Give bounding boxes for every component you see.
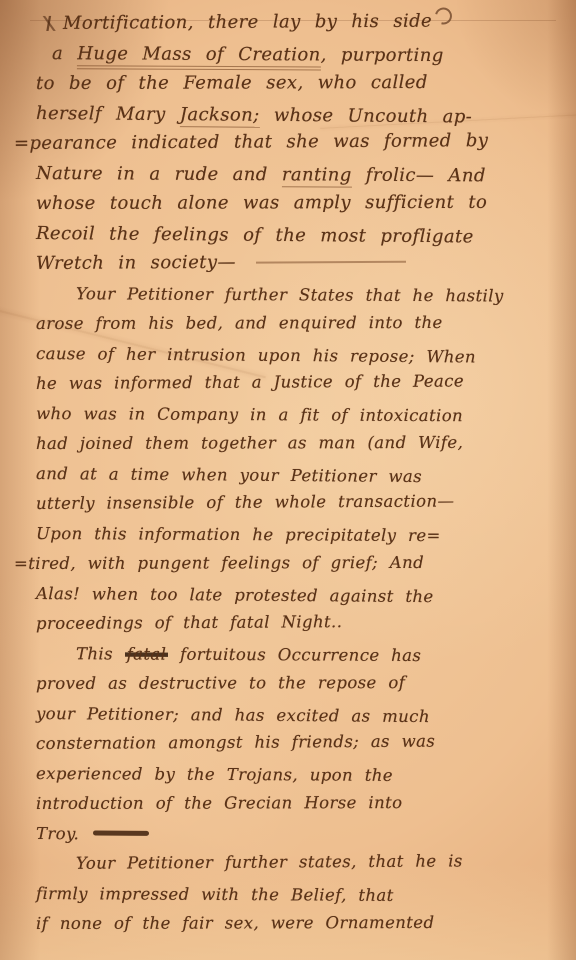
manuscript-line: Your Petitioner further States that he h… (36, 279, 558, 312)
manuscript-line: whose touch alone was amply sufficient t… (36, 188, 558, 219)
text-segment: fatal (125, 644, 169, 663)
text-segment: Alas! when too late protested against th… (36, 584, 434, 606)
text-segment: Wretch in society— (36, 252, 236, 274)
text-segment: frolic— And (352, 165, 486, 187)
text-segment: Nature in a rude and (36, 163, 282, 185)
manuscript-line: he was informed that a Justice of the Pe… (36, 366, 558, 399)
manuscript-line: This fatal fortuitous Occurrence has (36, 639, 558, 672)
text-segment: Recoil the feelings of the most profliga… (36, 223, 474, 247)
manuscript-line: Mortification, there lay by his side (36, 6, 558, 39)
text-segment: Mortification, there lay by his side (63, 11, 432, 34)
manuscript-line: Nature in a rude and ranting frolic— And (36, 159, 558, 192)
text-segment: =pearance indicated that she was formed … (14, 130, 488, 154)
manuscript-line: arose from his bed, and enquired into th… (36, 308, 558, 339)
manuscript-line: utterly insensible of the whole transact… (36, 486, 558, 519)
text-segment: ranting (282, 164, 352, 187)
text-segment: Your Petitioner further states, that he … (76, 851, 463, 872)
text-segment: he was informed that a Justice of the Pe… (36, 371, 464, 393)
manuscript-line: experienced by the Trojans, upon the (36, 759, 558, 792)
text-segment: arose from his bed, and enquired into th… (36, 313, 443, 333)
manuscript-line: =tired, with pungent feelings of grief; … (14, 548, 558, 579)
manuscript-line: firmly impressed with the Belief, that (36, 879, 558, 912)
text-segment: to be of the Female sex, who called (36, 72, 428, 94)
manuscript-line: consternation amongst his friends; as wa… (36, 726, 558, 759)
text-segment: if none of the fair sex, were Ornamented (36, 913, 434, 933)
text-segment: Troy. (36, 824, 79, 843)
text-segment: and at a time when your Petitioner was (36, 464, 422, 486)
text-segment: Huge Mass of Creation (77, 43, 320, 70)
text-segment: whose Uncouth ap- (260, 105, 473, 128)
text-segment: utterly insensible of the whole transact… (36, 491, 454, 513)
text-segment: introduction of the Grecian Horse into (36, 793, 403, 813)
text-segment: proceedings of that fatal Night.. (36, 612, 342, 633)
manuscript-line: a Huge Mass of Creation, purporting (36, 39, 558, 72)
text-segment: had joined them together as man (and Wif… (36, 433, 463, 453)
text-segment: experienced by the Trojans, upon the (36, 764, 393, 785)
manuscript-line: Your Petitioner further states, that he … (36, 846, 558, 879)
text-segment: This (76, 644, 125, 663)
pen-scribble-icon (36, 16, 62, 31)
text-segment: consternation amongst his friends; as wa… (36, 732, 435, 753)
text-segment: cause of her intrusion upon his repose; … (36, 344, 476, 366)
manuscript-line: had joined them together as man (and Wif… (36, 428, 558, 459)
text-segment: proved as destructive to the repose of (36, 673, 405, 693)
text-segment: =tired, with pungent feelings of grief; … (14, 553, 424, 573)
manuscript-line: =pearance indicated that she was formed … (14, 126, 558, 159)
text-segment: whose touch alone was amply sufficient t… (36, 192, 487, 214)
manuscript-line: if none of the fair sex, were Ornamented (36, 908, 558, 939)
manuscript-line: Wretch in society— (36, 246, 558, 279)
text-segment: fortuitous Occurrence has (168, 645, 421, 665)
text-segment: who was in Company in a fit of intoxicat… (36, 404, 463, 425)
pen-rule-stroke (256, 261, 406, 264)
pen-heavy-dash-stroke (93, 830, 149, 835)
text-segment: , purporting (321, 44, 444, 66)
text-segment: herself Mary (36, 103, 180, 125)
manuscript-text: Mortification, there lay by his sidea Hu… (36, 9, 558, 939)
manuscript-line: to be of the Female sex, who called (36, 68, 558, 99)
text-segment: Jackson; (180, 104, 260, 128)
text-segment: Your Petitioner further States that he h… (76, 284, 504, 305)
text-segment: a (52, 43, 77, 64)
text-segment: your Petitioner; and has excited as much (36, 704, 430, 726)
manuscript-line: introduction of the Grecian Horse into (36, 788, 558, 819)
text-segment: firmly impressed with the Belief, that (36, 884, 394, 905)
manuscript-line: proceedings of that fatal Night.. (36, 606, 558, 639)
manuscript-line: proved as destructive to the repose of (36, 668, 558, 699)
manuscript-page: Mortification, there lay by his sidea Hu… (0, 0, 576, 960)
manuscript-line: who was in Company in a fit of intoxicat… (36, 399, 558, 432)
pen-flourish-icon (432, 4, 455, 27)
text-segment: Upon this information he precipitately r… (36, 524, 441, 545)
